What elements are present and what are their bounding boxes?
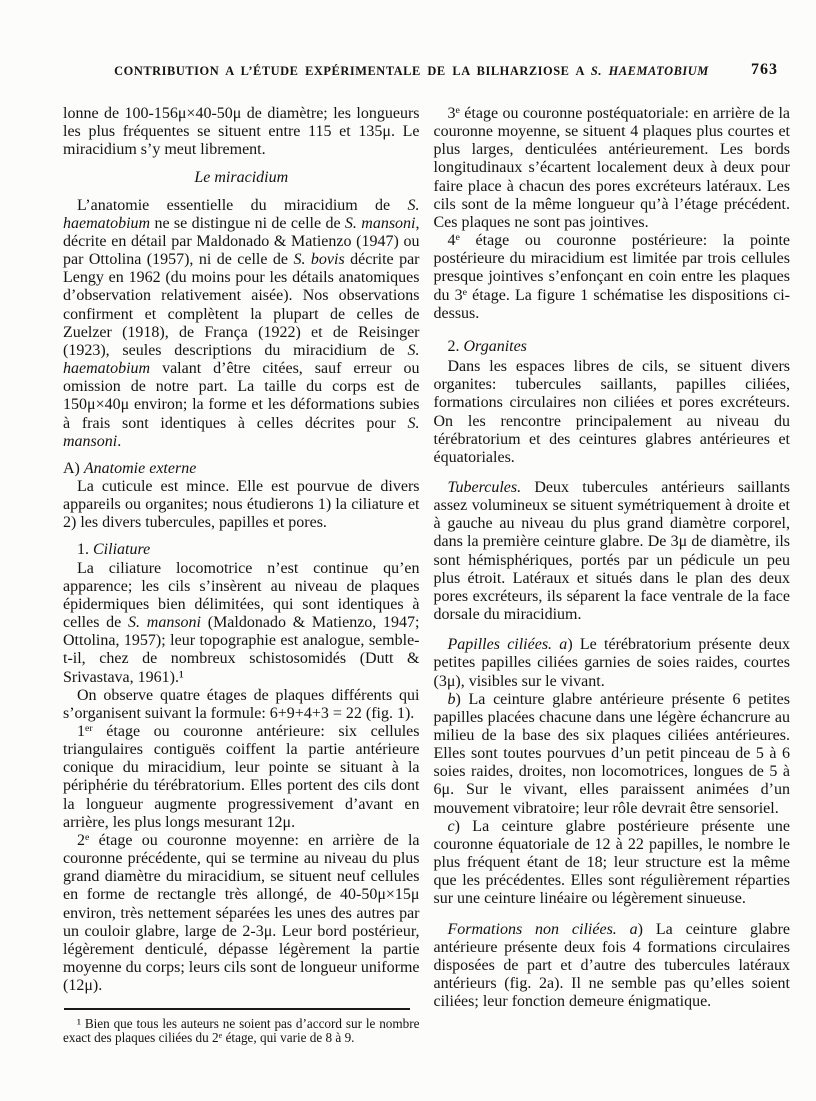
text-run: S. mansoni (345, 215, 416, 232)
text-run: On observe quatre étages de plaques diff… (63, 687, 420, 722)
paragraph-cuticule: La cuticule est mince. Elle est pourvue … (63, 478, 420, 532)
text-run: S. bovis (293, 251, 344, 268)
text-run: Anatomie externe (84, 460, 196, 477)
text-run: étage. La figure 1 schématise les dispos… (434, 287, 791, 322)
section-heading-le-miracidium: Le miracidium (63, 169, 420, 187)
text-run: 2. (448, 338, 464, 355)
text-run: étage ou couronne moyenne: en arrière de… (63, 832, 420, 994)
text-run: Le miracidium (194, 169, 288, 186)
text-run: A) (63, 460, 84, 477)
text-run: lonne de 100-156μ×40-50μ de diamètre; le… (63, 105, 420, 158)
paragraph-formule: On observe quatre étages de plaques diff… (63, 687, 420, 723)
text-run: étage ou couronne postéquatoriale: en ar… (434, 105, 791, 231)
text-run: c (448, 818, 455, 835)
text-run: 2 (77, 832, 85, 849)
paragraph-papilles-c: c) La ceinture glabre postérieure présen… (434, 818, 791, 909)
paragraph-anatomie: L’anatomie essentielle du miracidium de … (63, 197, 420, 451)
paragraph-ciliature: La ciliature locomotrice n’est continue … (63, 560, 420, 687)
paragraph-etage-1: 1er étage ou couronne antérieure: six ce… (63, 723, 420, 832)
running-title: CONTRIBUTION A L’ÉTUDE EXPÉRIMENTALE DE … (63, 64, 760, 79)
text-run: S. HAEMATOBIUM (591, 64, 709, 78)
text-run: S. mansoni (128, 614, 201, 631)
text-run: Deux tubercules antérieurs saillants ass… (434, 479, 791, 623)
text-run: er (85, 723, 93, 734)
text-run: ) La ceinture glabre antérieure présente… (434, 691, 791, 817)
paragraph-formations: Formations non ciliées. a) La ceinture g… (434, 921, 791, 1012)
subheading-ciliature: 1. Ciliature (63, 541, 420, 559)
scanned-paper-page: CONTRIBUTION A L’ÉTUDE EXPÉRIMENTALE DE … (0, 0, 816, 1101)
paragraph-papilles-b: b) La ceinture glabre antérieure présent… (434, 691, 791, 818)
footnote-rule (64, 1008, 410, 1010)
text-run: Tubercules. (448, 479, 522, 496)
subheading-anatomie-externe: A) Anatomie externe (63, 460, 420, 478)
text-run: 1. (77, 541, 93, 558)
text-run: étage, qui varie de 8 à 9. (222, 1030, 354, 1045)
text-run: Organites (464, 338, 527, 355)
text-columns: lonne de 100-156μ×40-50μ de diamètre; le… (63, 105, 790, 1045)
left-column: lonne de 100-156μ×40-50μ de diamètre; le… (63, 105, 420, 1045)
text-run: 4 (448, 232, 456, 249)
text-run: CONTRIBUTION A L’ÉTUDE EXPÉRIMENTALE DE … (114, 64, 591, 78)
text-run: Dans les espaces libres de cils, se situ… (434, 358, 791, 466)
text-run: étage ou couronne antérieure: six cellul… (63, 723, 420, 831)
paragraph-papilles-a: Papilles ciliées. a) Le térébratorium pr… (434, 636, 791, 690)
text-run: . (117, 433, 121, 450)
paragraph-continuation: lonne de 100-156μ×40-50μ de diamètre; le… (63, 105, 420, 159)
footnote-text: ¹ Bien que tous les auteurs ne soient pa… (63, 1017, 420, 1045)
paragraph-etage-4: 4e étage ou couronne postérieure: la poi… (434, 232, 791, 323)
subheading-organites: 2. Organites (434, 338, 791, 356)
text-run: L’anatomie essentielle du miracidium de (77, 197, 408, 214)
text-run: Formations non ciliées. a (448, 921, 638, 938)
text-run: ) La ceinture glabre postérieure présent… (434, 818, 791, 908)
text-run: Ciliature (93, 541, 150, 558)
paragraph-etage-3: 3e étage ou couronne postéquatoriale: en… (434, 105, 791, 232)
text-run: Papilles ciliées. a (448, 636, 568, 653)
page-number: 763 (751, 61, 778, 79)
footnote-block: ¹ Bien que tous les auteurs ne soient pa… (63, 1002, 420, 1045)
text-run: ne se distingue ni de celle de (150, 215, 345, 232)
page-header: CONTRIBUTION A L’ÉTUDE EXPÉRIMENTALE DE … (63, 64, 790, 81)
paragraph-organites: Dans les espaces libres de cils, se situ… (434, 358, 791, 467)
text-run: 1 (77, 723, 85, 740)
text-run: b (448, 691, 456, 708)
text-run: La cuticule est mince. Elle est pourvue … (63, 478, 420, 531)
paragraph-etage-2: 2e étage ou couronne moyenne: en arrière… (63, 832, 420, 995)
text-run: 3 (448, 105, 456, 122)
right-column: 3e étage ou couronne postéquatoriale: en… (434, 105, 791, 1045)
paragraph-tubercules: Tubercules. Deux tubercules antérieurs s… (434, 479, 791, 624)
